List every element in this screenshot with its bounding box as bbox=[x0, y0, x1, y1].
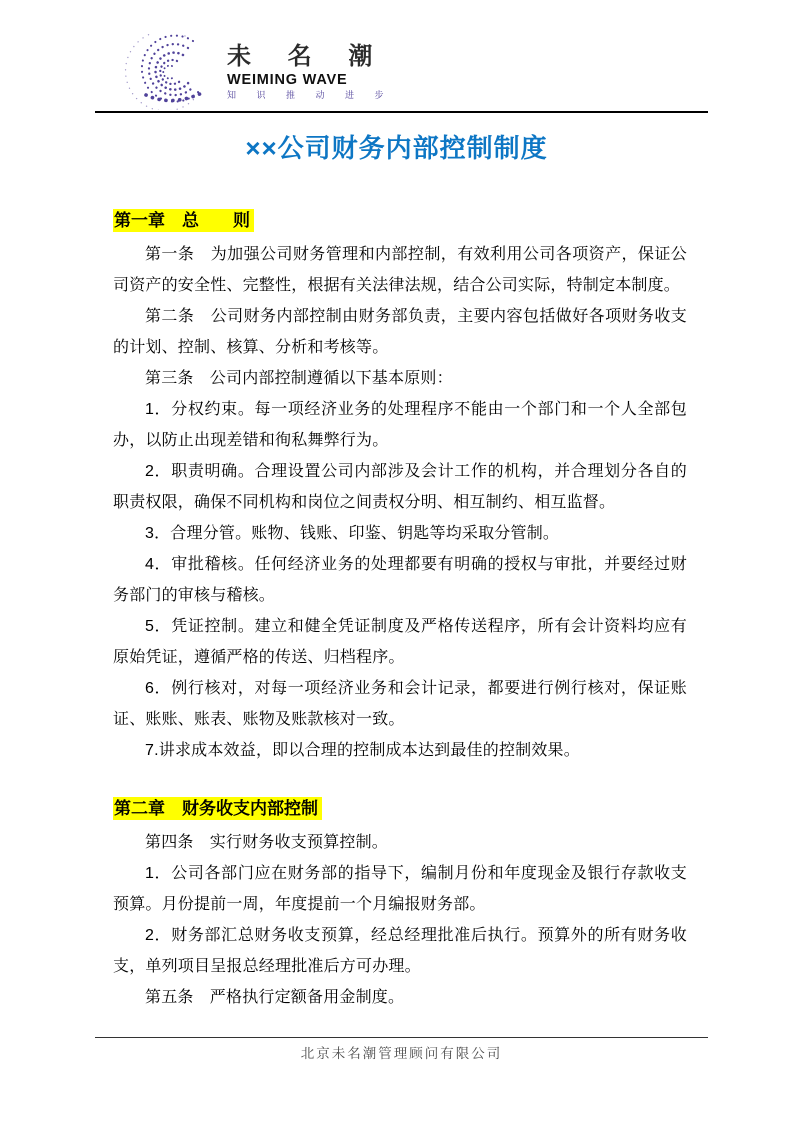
document-header: 未 名 潮 WEIMING WAVE 知 识 推 动 进 步 bbox=[95, 0, 708, 113]
chapter-section: 第一章 总 则第一条 为加强公司财务管理和内部控制，有效利用公司各项资产，保证公… bbox=[113, 209, 687, 766]
paragraph: 3．合理分管。账物、钱账、印鉴、钥匙等均采取分管制。 bbox=[113, 518, 687, 549]
chapter-heading: 第二章 财务收支内部控制 bbox=[113, 797, 687, 821]
chapter-section: 第二章 财务收支内部控制第四条 实行财务收支预算控制。1．公司各部门应在财务部的… bbox=[113, 797, 687, 1013]
paragraph: 1．分权约束。每一项经济业务的处理程序不能由一个部门和一个人全部包办，以防止出现… bbox=[113, 394, 687, 456]
logo-company-name-cn: 未 名 潮 bbox=[227, 43, 393, 71]
document-body: 第一章 总 则第一条 为加强公司财务管理和内部控制，有效利用公司各项资产，保证公… bbox=[113, 209, 687, 1013]
paragraph: 7.讲求成本效益，即以合理的控制成本达到最佳的控制效果。 bbox=[113, 735, 687, 766]
chapter-heading-highlight: 第一章 总 则 bbox=[113, 209, 254, 232]
paragraph: 2．职责明确。合理设置公司内部涉及会计工作的机构，并合理划分各自的职责权限，确保… bbox=[113, 456, 687, 518]
wave-spiral-logo-icon bbox=[117, 34, 217, 110]
paragraph: 4．审批稽核。任何经济业务的处理都要有明确的授权与审批，并要经过财务部门的审核与… bbox=[113, 549, 687, 611]
logo-text-block: 未 名 潮 WEIMING WAVE 知 识 推 动 进 步 bbox=[227, 43, 393, 102]
paragraph: 第五条 严格执行定额备用金制度。 bbox=[113, 982, 687, 1013]
footer-company-name: 北京未名潮管理顾问有限公司 bbox=[95, 1042, 708, 1062]
logo-company-name-en: WEIMING WAVE bbox=[227, 71, 393, 89]
logo-slogan: 知 识 推 动 进 步 bbox=[227, 89, 393, 102]
paragraph: 6．例行核对，对每一项经济业务和会计记录，都要进行例行核对，保证账证、账账、账表… bbox=[113, 673, 687, 735]
chapter-heading-highlight: 第二章 财务收支内部控制 bbox=[113, 797, 322, 820]
paragraph: 2．财务部汇总财务收支预算，经总经理批准后执行。预算外的所有财务收支，单列项目呈… bbox=[113, 920, 687, 982]
paragraph: 5．凭证控制。建立和健全凭证制度及严格传送程序，所有会计资料均应有原始凭证，遵循… bbox=[113, 611, 687, 673]
chapter-heading: 第一章 总 则 bbox=[113, 209, 687, 233]
paragraph: 第一条 为加强公司财务管理和内部控制，有效利用公司各项资产，保证公司资产的安全性… bbox=[113, 239, 687, 301]
document-page: 未 名 潮 WEIMING WAVE 知 识 推 动 进 步 ××公司财务内部控… bbox=[0, 0, 793, 1122]
company-logo: 未 名 潮 WEIMING WAVE 知 识 推 动 进 步 bbox=[117, 34, 708, 110]
paragraph: 第三条 公司内部控制遵循以下基本原则： bbox=[113, 363, 687, 394]
paragraph: 1．公司各部门应在财务部的指导下，编制月份和年度现金及银行存款收支预算。月份提前… bbox=[113, 858, 687, 920]
paragraph: 第四条 实行财务收支预算控制。 bbox=[113, 827, 687, 858]
paragraph: 第二条 公司财务内部控制由财务部负责，主要内容包括做好各项财务收支的计划、控制、… bbox=[113, 301, 687, 363]
document-title: ××公司财务内部控制制度 bbox=[0, 130, 793, 166]
document-footer: 北京未名潮管理顾问有限公司 bbox=[95, 1037, 708, 1062]
